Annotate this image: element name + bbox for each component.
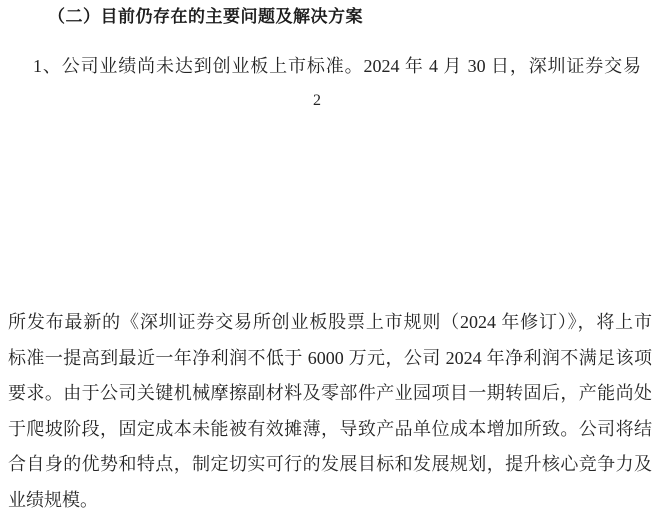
paragraph-first-line: 1、公司业绩尚未达到创业板上市标准。2024 年 4 月 30 日，深圳证券交易: [33, 54, 641, 79]
paragraph-line: 合自身的优势和特点，制定切实可行的发展目标和发展规划，提升核心竞争力及: [8, 447, 652, 483]
page-separator-bar: [0, 185, 660, 208]
paragraph-line: 要求。由于公司关键机械摩擦副材料及零部件产业园项目一期转固后，产能尚处: [8, 376, 652, 412]
paragraph-line: 标准一提高到最近一年净利润不低于 6000 万元，公司 2024 年净利润不满足…: [8, 341, 652, 377]
section-heading: （二）目前仍存在的主要问题及解决方案: [48, 5, 363, 28]
paragraph-line: 业绩规模。: [8, 483, 652, 519]
next-page-paragraph: 所发布最新的《深圳证券交易所创业板股票上市规则（2024 年修订）》，将上市 标…: [8, 305, 652, 518]
paragraph-line: 于爬坡阶段，固定成本未能被有效摊薄，导致产品单位成本增加所致。公司将结: [8, 412, 652, 448]
document-page-view: （二）目前仍存在的主要问题及解决方案 1、公司业绩尚未达到创业板上市标准。202…: [0, 0, 660, 520]
paragraph-line: 所发布最新的《深圳证券交易所创业板股票上市规则（2024 年修订）》，将上市: [8, 305, 652, 341]
page-number: 2: [0, 91, 634, 111]
